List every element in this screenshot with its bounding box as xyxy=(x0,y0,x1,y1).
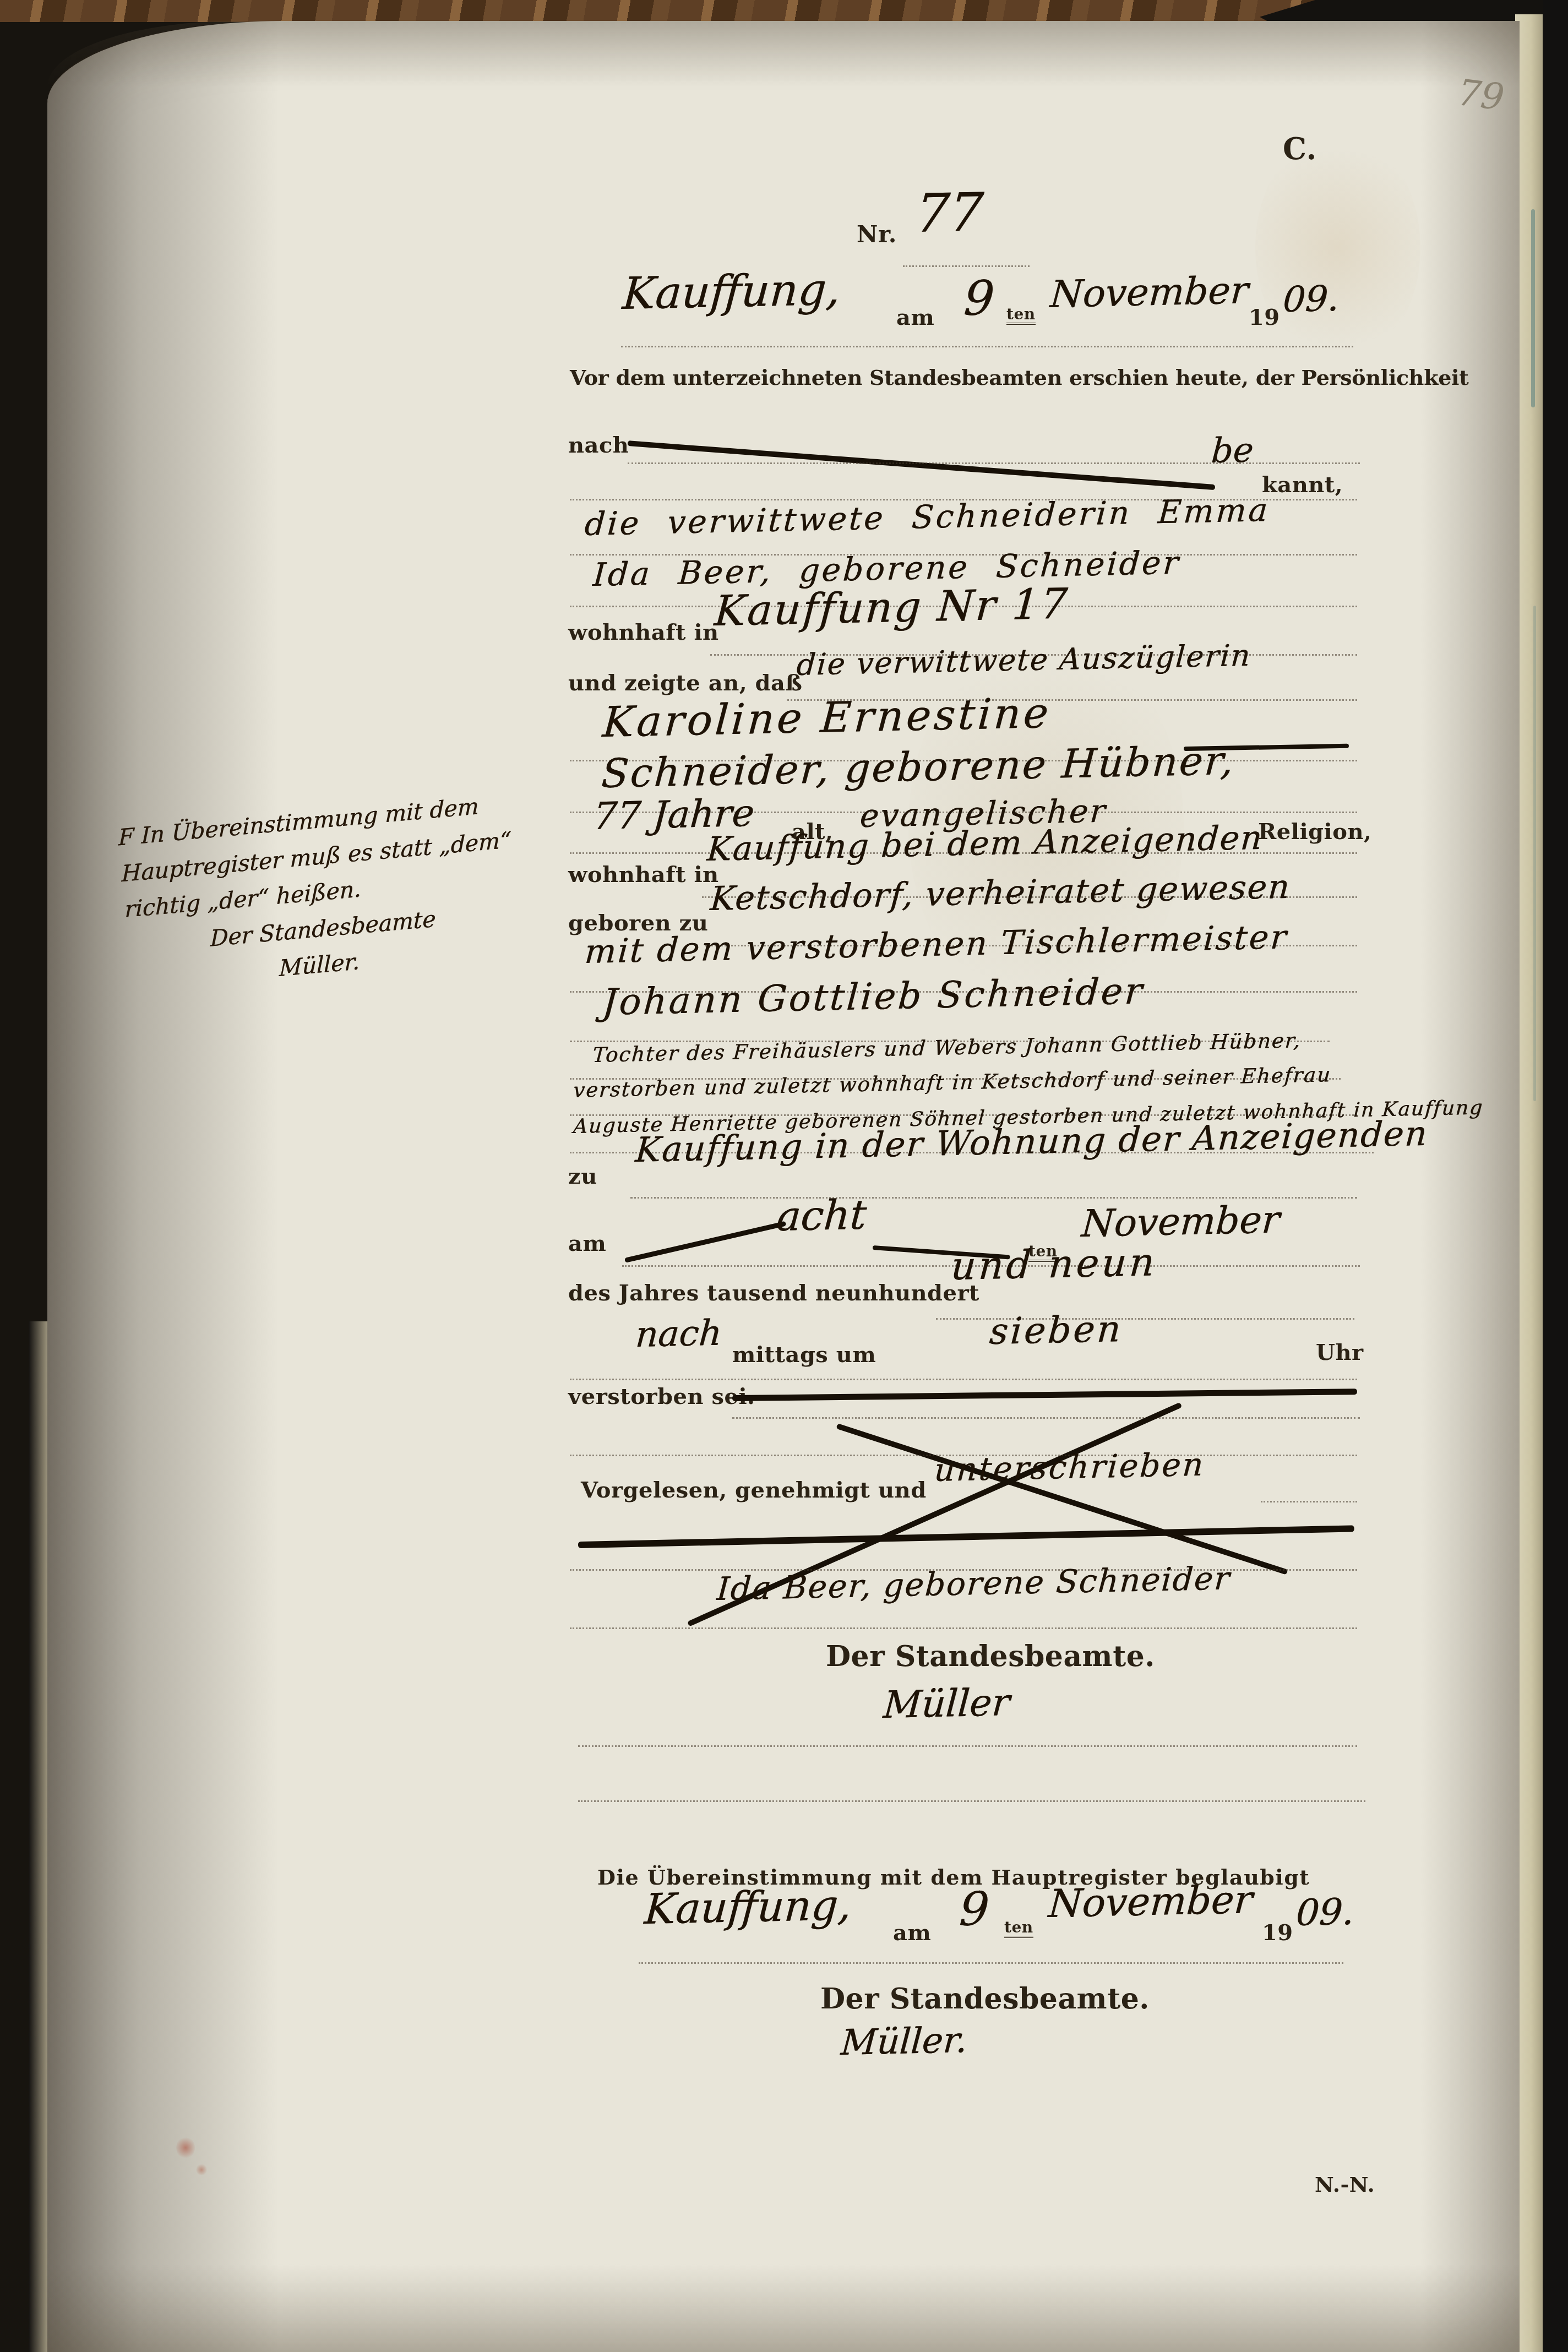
dotted-rule xyxy=(578,1800,1365,1802)
mittags-label: mittags um xyxy=(732,1343,876,1366)
year-written: 09. xyxy=(1282,281,1340,319)
ink-stain xyxy=(196,2164,207,2176)
bottom-shadow xyxy=(47,2264,1520,2352)
unterschrieben-hand: unterschrieben xyxy=(933,1448,1206,1487)
entry-number-label: Nr. xyxy=(857,222,897,247)
religion-label: Religion, xyxy=(1258,820,1371,843)
certification-month: November xyxy=(1047,1880,1254,1924)
dotted-rule xyxy=(578,1745,1357,1747)
certification-registrar-signature: Müller. xyxy=(840,2022,968,2062)
photographed-register-page: 79 C. Nr. 77 Kauffung, am 9 ten November… xyxy=(0,0,1568,2352)
intro-line: Vor dem unterzeichneten Standesbeamten e… xyxy=(570,367,1468,389)
uhr-label: Uhr xyxy=(1316,1341,1364,1364)
wohnhaft-label: wohnhaft in xyxy=(568,621,719,644)
top-shadow xyxy=(47,21,1520,87)
certification-registrar-label: Der Standesbeamte. xyxy=(820,1984,1150,2015)
margin-correction-note: F In Übereinstimmung mit dem Hauptregist… xyxy=(117,783,560,1000)
day-suffix: ten xyxy=(1006,306,1036,325)
year-label: des Jahres tausend neunhundert xyxy=(568,1282,979,1305)
paper-discoloration xyxy=(1255,132,1420,363)
certification-am-label: am xyxy=(893,1921,931,1945)
certification-year-prefix: 19 xyxy=(1262,1921,1293,1945)
registrar-signature: Müller xyxy=(882,1683,1011,1725)
dotted-rule xyxy=(1261,1501,1357,1502)
dotted-rule xyxy=(621,346,1353,347)
time-prefix: nach xyxy=(634,1315,723,1354)
death-day: acht xyxy=(775,1194,868,1238)
dotted-rule xyxy=(639,1962,1343,1964)
certification-place: Kauffung, xyxy=(643,1883,853,1931)
am-label: am xyxy=(896,306,934,329)
kannt-label: kannt, xyxy=(1262,473,1343,497)
verstorben-label: verstorben sei. xyxy=(568,1385,755,1408)
book-cover-right xyxy=(1543,0,1568,2352)
declarant-residence: Kauffung Nr 17 xyxy=(713,581,1070,633)
page-edge-teal-line xyxy=(1531,209,1535,407)
entry-day: 9 xyxy=(962,274,996,324)
entry-place: Kauffung, xyxy=(621,266,842,317)
am-label-2: am xyxy=(568,1232,606,1255)
registrar-label: Der Standesbeamte. xyxy=(826,1642,1155,1672)
death-month: November xyxy=(1080,1200,1281,1244)
entry-number-value: 77 xyxy=(914,184,985,242)
dotted-rule xyxy=(570,1379,1357,1380)
certification-year-written: 09. xyxy=(1295,1893,1355,1932)
form-letter-c: C. xyxy=(1283,133,1317,165)
nach-label: nach xyxy=(568,434,629,457)
zu-label: zu xyxy=(568,1165,597,1188)
certification-day-suffix: ten xyxy=(1004,1919,1033,1938)
spine-shadow xyxy=(47,21,279,2352)
hand-be: be xyxy=(1210,432,1255,469)
vorgelesen-label: Vorgelesen, genehmigt und xyxy=(581,1479,927,1502)
dotted-rule xyxy=(903,265,1030,267)
death-hour: sieben xyxy=(988,1310,1124,1351)
death-year-hand: und neun xyxy=(950,1242,1158,1287)
dotted-rule xyxy=(570,1627,1357,1629)
wohnhaft-label-2: wohnhaft in xyxy=(568,863,719,886)
zeigte-label: und zeigte an, daß xyxy=(568,672,802,695)
certification-day: 9 xyxy=(958,1885,990,1934)
entry-month: November xyxy=(1049,271,1250,314)
page-edge-teal-line-2 xyxy=(1533,606,1536,1101)
pencil-page-number: 79 xyxy=(1456,73,1506,117)
deceased-name-1: Karoline Ernestine xyxy=(601,691,1053,744)
dotted-rule xyxy=(630,1197,1357,1199)
dotted-rule xyxy=(732,1417,1360,1419)
form-bottom-mark: N.-N. xyxy=(1315,2174,1375,2196)
year-prefix: 19 xyxy=(1249,306,1280,329)
ink-stain xyxy=(176,2136,195,2159)
